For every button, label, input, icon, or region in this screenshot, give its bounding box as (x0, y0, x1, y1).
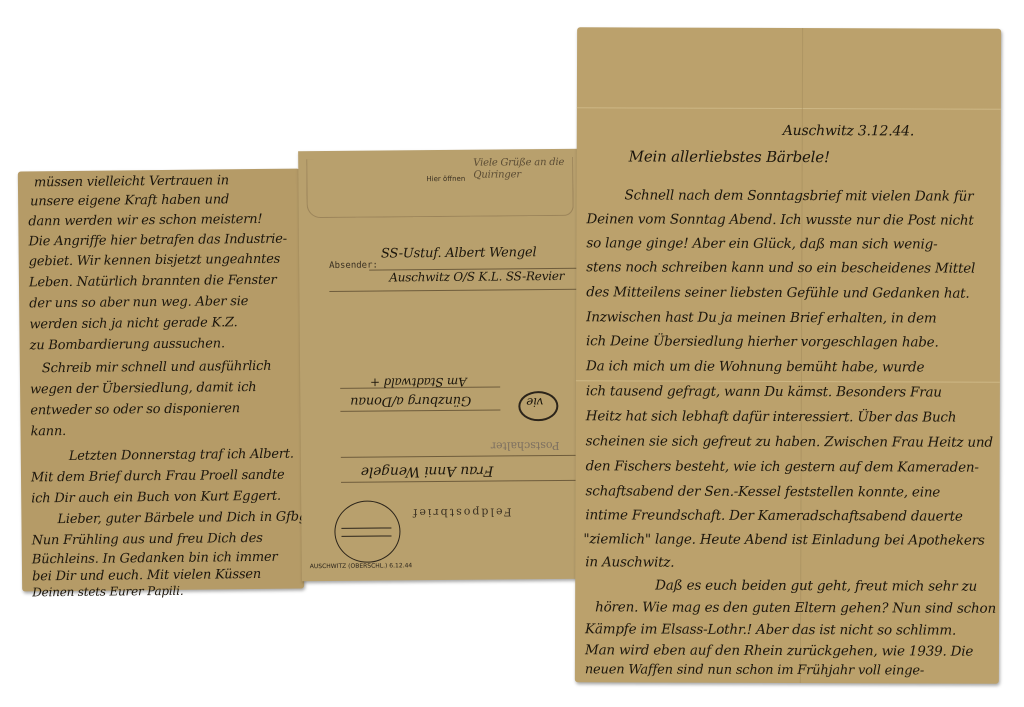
fold-crease (576, 380, 1000, 382)
flap-note: Viele Grüße an die Quiringer (473, 157, 573, 182)
right-line: schaftsabend der Sen.-Kessel feststellen… (585, 483, 940, 500)
right-line: scheinen sie sich gefreut zu haben. Zwis… (586, 433, 993, 450)
right-line: den Fischers besteht, wie ich gestern au… (586, 458, 979, 475)
left-line: ich Dir auch ein Buch von Kurt Eggert. (31, 489, 281, 507)
fold-crease (577, 107, 1001, 109)
left-line: müssen vielleicht Vertrauen in (34, 173, 229, 190)
circled-mark-text: vie (526, 395, 543, 409)
postmark (334, 500, 401, 563)
right-line: Heitz hat sich lebhaft dafür interessier… (586, 408, 957, 425)
salutation: Mein allerliebstes Bärbele! (629, 147, 830, 166)
left-line: Nun Frühling aus und freu Dich des (32, 531, 263, 548)
right-line: ich tausend gefragt, wann Du kämst. Beso… (586, 383, 942, 400)
right-line: Inzwischen hast Du ja meinen Brief erhal… (586, 309, 936, 326)
left-letter-page: müssen vielleicht Vertrauen in unsere ei… (18, 169, 304, 592)
left-line: dann werden wir es schon meistern! (28, 212, 262, 229)
flap-label: Hier öffnen (426, 175, 465, 183)
right-line: intime Freundschaft. Der Kameradschaftsa… (585, 507, 962, 524)
right-line: ich Deine Übersiedlung hierher vorgeschl… (586, 333, 939, 350)
recipient-name: Frau Anni Wengele (361, 463, 494, 480)
right-line: des Mitteilens seiner liebsten Gefühle u… (586, 284, 969, 301)
right-line: neuen Waffen sind nun schon im Frühjahr … (585, 662, 924, 678)
right-line: in Auschwitz. (585, 554, 674, 570)
sender-name: SS-Ustuf. Albert Wengel (381, 245, 536, 261)
sender-address: Auschwitz O/S K.L. SS-Revier (389, 269, 564, 285)
left-line: Letzten Donnerstag traf ich Albert. (69, 447, 294, 464)
recipient-street: Am Stadtwald + (370, 375, 467, 390)
feldpostbrief-label: Feldpostbrief (411, 505, 511, 519)
sender-rule (329, 289, 579, 292)
left-line: der uns so aber nun weg. Aber sie (29, 294, 248, 311)
right-line: Daß es euch beiden gut geht, freut mich … (655, 578, 977, 595)
right-line: Da ich mich um die Wohnung bemüht habe, … (586, 358, 924, 375)
right-line: Schnell nach dem Sonntagsbrief mit viele… (625, 187, 974, 204)
right-line: so lange ginge! Aber ein Glück, daß man … (586, 235, 937, 252)
address-rule (340, 409, 500, 411)
right-line: stens noch schreiben kann und so ein bes… (586, 259, 975, 276)
right-line: Deinen vom Sonntag Abend. Ich wusste nur… (586, 211, 973, 228)
recipient-city: Günzburg a/Donau (350, 393, 471, 409)
left-line: unsere eigene Kraft haben und (30, 192, 229, 209)
left-line: Leben. Natürlich brannten die Fenster (29, 273, 277, 291)
address-rule (341, 480, 576, 483)
postmark-text: AUSCHWITZ (OBERSCHL.) 6.12.44 (310, 562, 413, 570)
right-line: "ziemlich" lange. Heute Abend ist Einlad… (583, 531, 984, 548)
right-line: Kämpfe im Elsass-Lothr.! Aber das ist ni… (585, 621, 956, 638)
address-rule (341, 455, 576, 458)
left-line: zu Bombardierung aussuchen. (30, 336, 225, 353)
left-line: gebiet. Wir kennen bisjetzt ungeahntes (29, 252, 281, 270)
left-line: Mit dem Brief durch Frau Proell sandte (31, 468, 285, 486)
left-line: kann. (30, 424, 66, 439)
right-line: Man wird eben auf den Rhein zurückgehen,… (585, 642, 973, 659)
left-line: entweder so oder so disponieren (30, 401, 240, 418)
left-line-signature: Deinen stets Eurer Papili. (32, 584, 183, 600)
left-line: Die Angriffe hier betrafen das Industrie… (28, 232, 286, 250)
feldpost-envelope: Hier öffnen Viele Grüße an die Quiringer… (298, 149, 587, 581)
right-line: hören. Wie mag es den guten Eltern gehen… (595, 599, 996, 616)
left-line: wegen der Übersiedlung, damit ich (30, 380, 257, 397)
left-line: werden sich ja nicht gerade K.Z. (29, 315, 237, 332)
left-line: Schreib mir schnell und ausführlich (42, 359, 272, 376)
left-line: bei Dir und euch. Mit vielen Küssen (32, 567, 261, 584)
faded-stamp: Postschalter (491, 439, 560, 453)
left-line: Lieber, guter Bärbele und Dich in Gfbg. (57, 509, 311, 527)
right-letter-page: Auschwitz 3.12.44. Mein allerliebstes Bä… (575, 27, 1001, 683)
left-line: Büchleins. In Gedanken bin ich immer (32, 550, 278, 568)
place-date: Auschwitz 3.12.44. (783, 123, 914, 139)
